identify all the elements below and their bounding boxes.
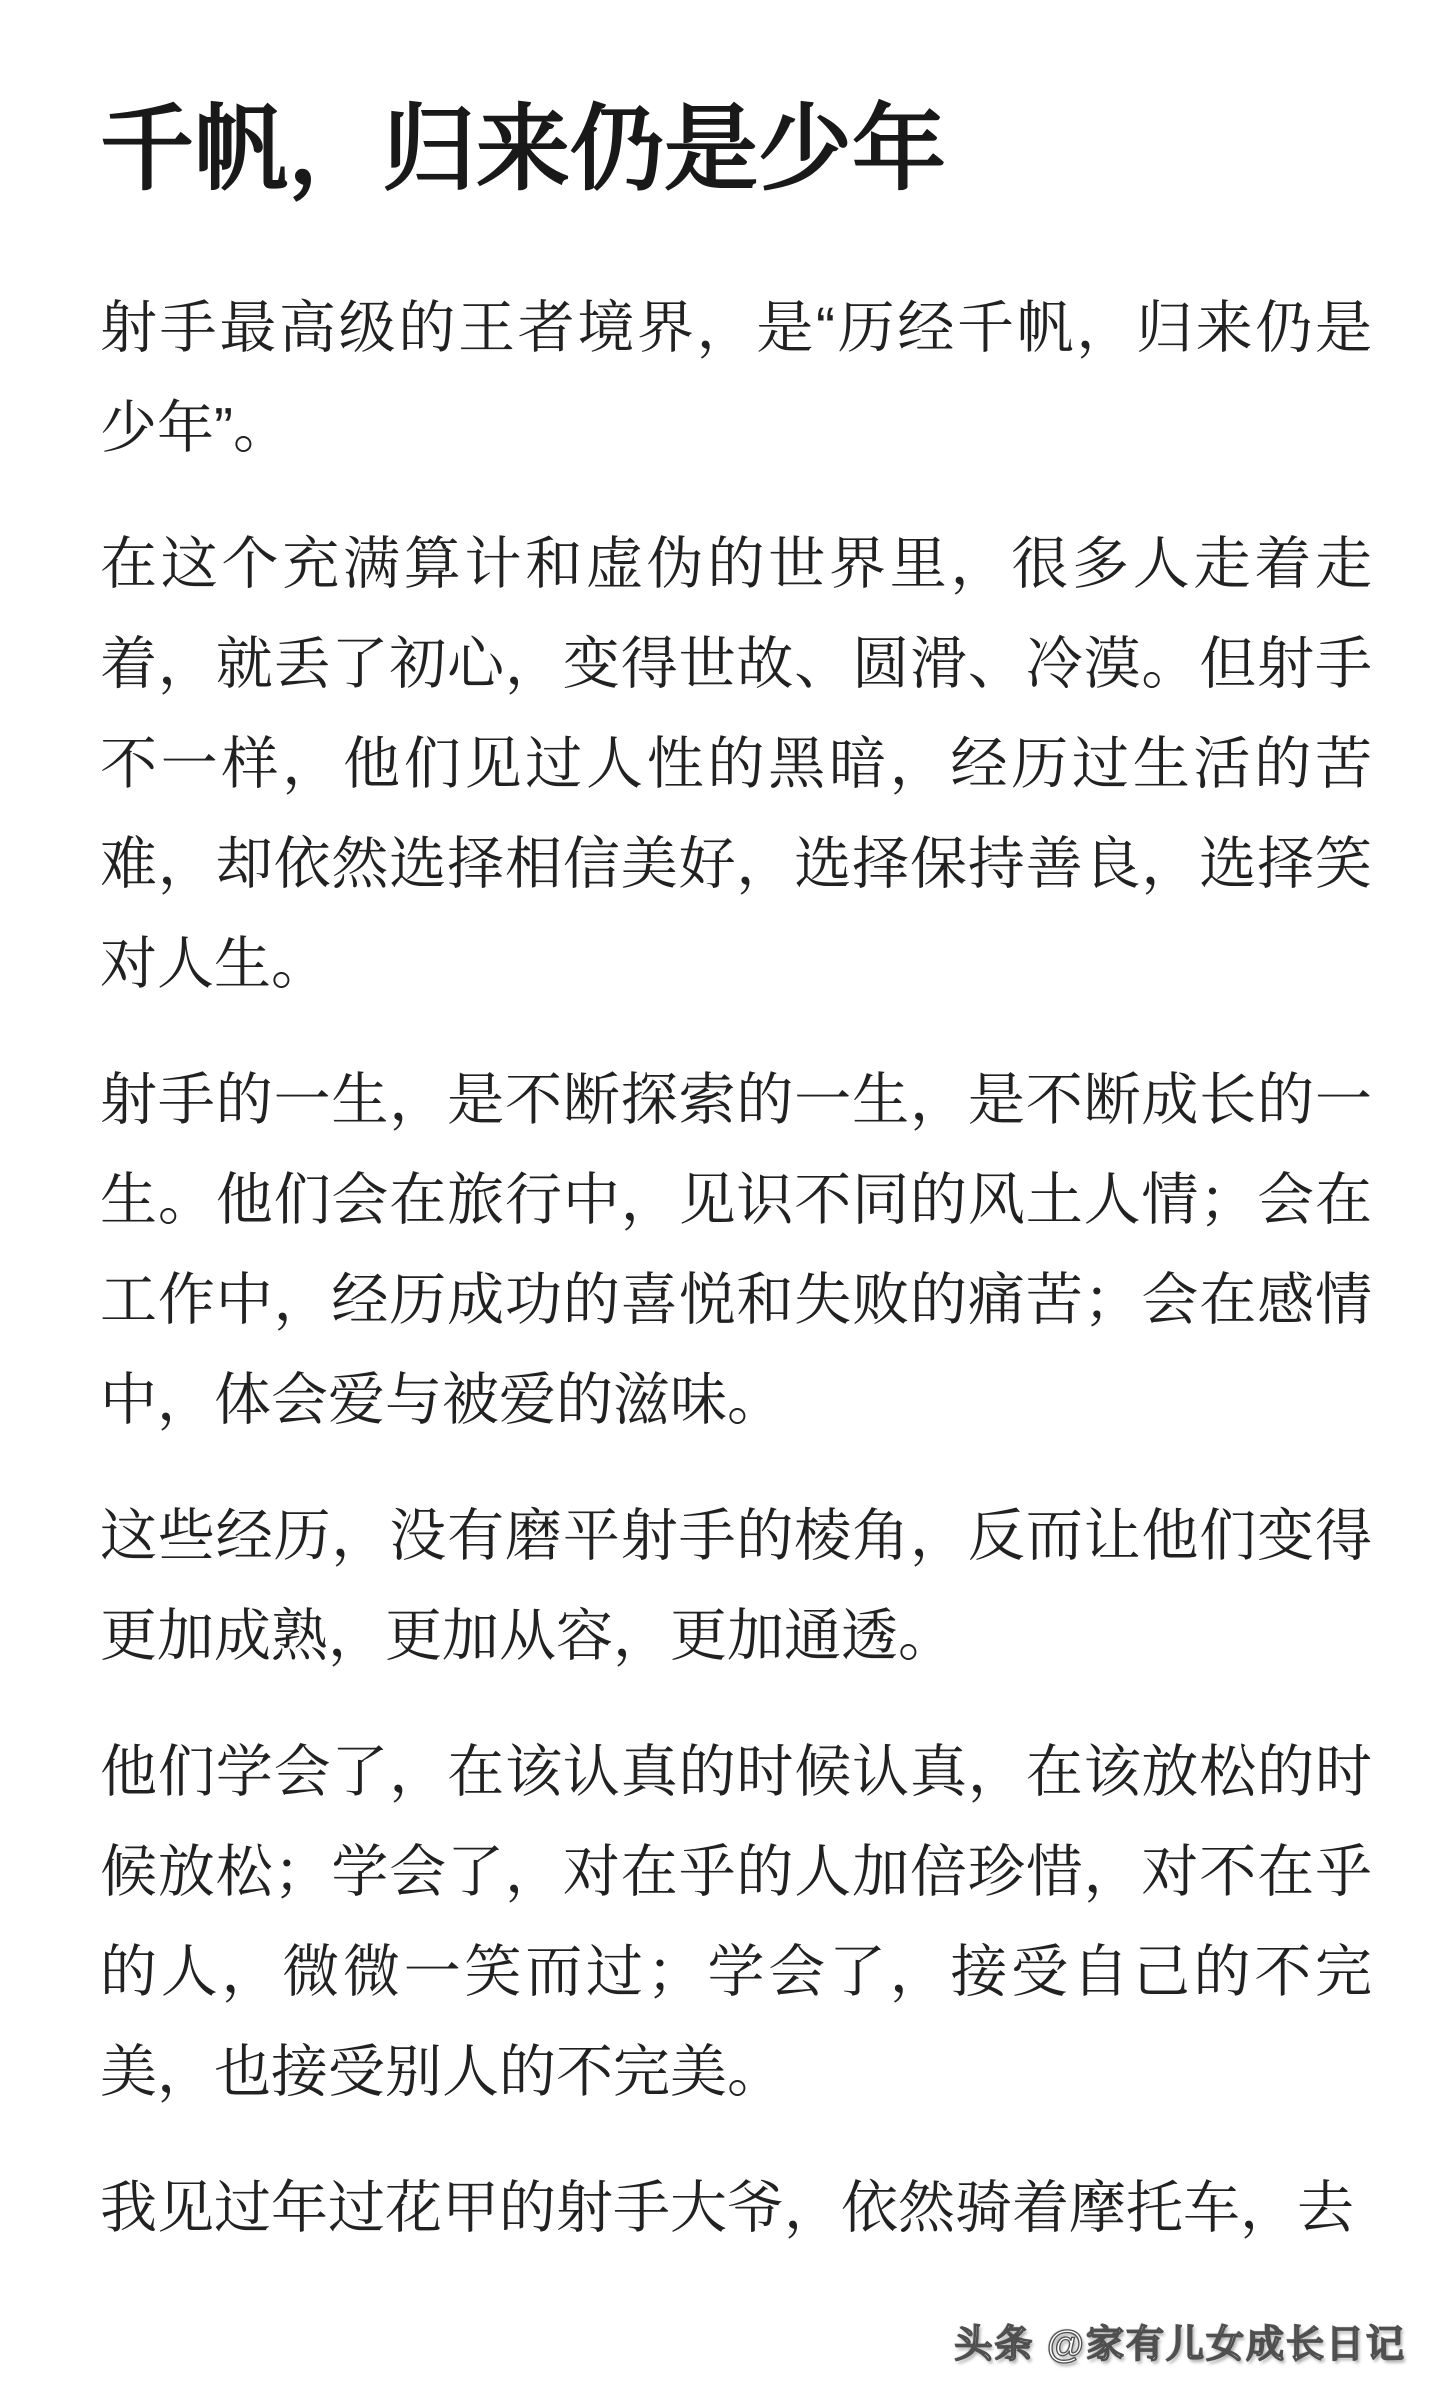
text-line: 他们学会了，在该认真的时候认真，在该放松的时 [100,1722,1372,1822]
article-title: 千帆，归来仍是少年 [100,88,1372,210]
article-page: 千帆，归来仍是少年 射手最高级的王者境界，是“历经千帆，归来仍是少年”。在这个充… [0,0,1440,2400]
text-line: 难，却依然选择相信美好，选择保持善良，选择笑 [100,814,1372,914]
text-line: 生。他们会在旅行中，见识不同的风土人情；会在 [100,1150,1372,1250]
text-line: 射手的一生，是不断探索的一生，是不断成长的一 [100,1050,1372,1150]
text-line: 少年”。 [100,378,1372,478]
paragraph: 射手的一生，是不断探索的一生，是不断成长的一生。他们会在旅行中，见识不同的风土人… [100,1050,1372,1450]
article-body: 射手最高级的王者境界，是“历经千帆，归来仍是少年”。在这个充满算计和虚伪的世界里… [100,278,1372,2258]
paragraph: 这些经历，没有磨平射手的棱角，反而让他们变得更加成熟，更加从容，更加通透。 [100,1486,1372,1686]
paragraph: 射手最高级的王者境界，是“历经千帆，归来仍是少年”。 [100,278,1372,478]
text-line: 候放松；学会了，对在乎的人加倍珍惜，对不在乎 [100,1822,1372,1922]
text-line: 这些经历，没有磨平射手的棱角，反而让他们变得 [100,1486,1372,1586]
text-line: 我见过年过花甲的射手大爷，依然骑着摩托车，去 [100,2158,1372,2258]
text-line: 射手最高级的王者境界，是“历经千帆，归来仍是 [100,278,1372,378]
paragraph: 他们学会了，在该认真的时候认真，在该放松的时候放松；学会了，对在乎的人加倍珍惜，… [100,1722,1372,2122]
text-line: 对人生。 [100,914,1372,1014]
paragraph: 在这个充满算计和虚伪的世界里，很多人走着走着，就丢了初心，变得世故、圆滑、冷漠。… [100,514,1372,1014]
watermark-text: 头条 @家有儿女成长日记 [954,2318,1406,2372]
paragraph: 我见过年过花甲的射手大爷，依然骑着摩托车，去 [100,2158,1372,2258]
text-line: 中，体会爱与被爱的滋味。 [100,1350,1372,1450]
text-line: 工作中，经历成功的喜悦和失败的痛苦；会在感情 [100,1250,1372,1350]
text-line: 美，也接受别人的不完美。 [100,2022,1372,2122]
text-line: 的人，微微一笑而过；学会了，接受自己的不完 [100,1922,1372,2022]
text-line: 更加成熟，更加从容，更加通透。 [100,1586,1372,1686]
text-line: 在这个充满算计和虚伪的世界里，很多人走着走 [100,514,1372,614]
text-line: 不一样，他们见过人性的黑暗，经历过生活的苦 [100,714,1372,814]
text-line: 着，就丢了初心，变得世故、圆滑、冷漠。但射手 [100,614,1372,714]
